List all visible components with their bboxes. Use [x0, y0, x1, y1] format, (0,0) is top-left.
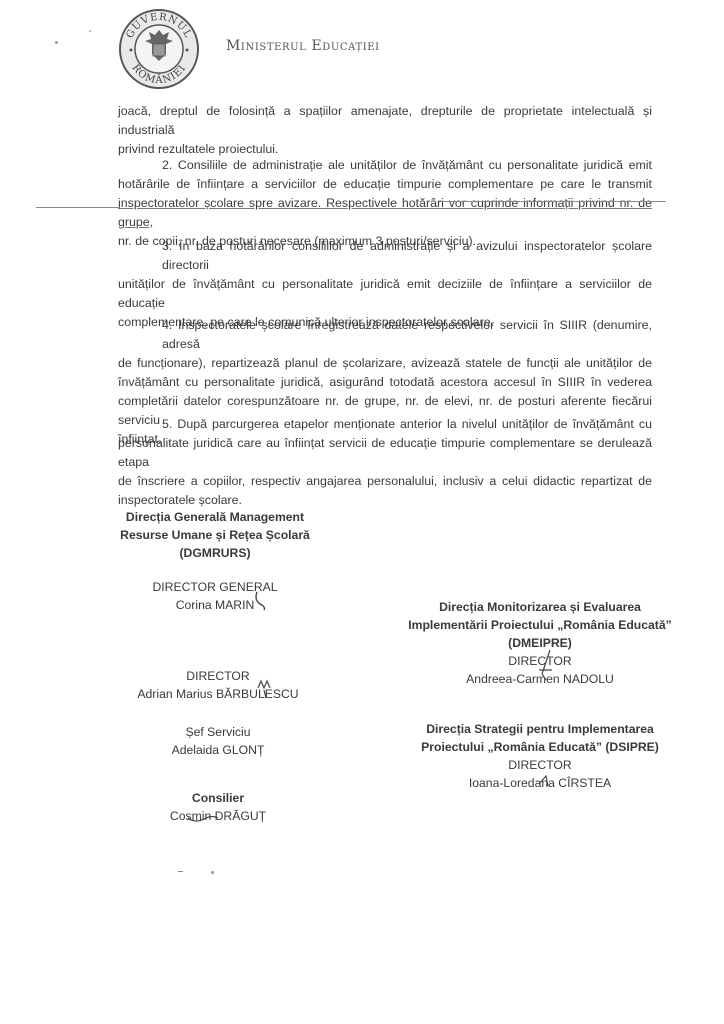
text-line: hotărârile de înființare a serviciilor d…	[118, 175, 652, 194]
department-line: Direcția Generală Management	[120, 508, 310, 526]
paragraph-5: 5. După parcurgerea etapelor menționate …	[118, 415, 652, 510]
department-line: (DGMRURS)	[120, 544, 310, 562]
government-seal-icon: GUVERNUL ROMÂNIEI	[118, 8, 200, 90]
paragraph-1-tail: joacă, dreptul de folosință a spațiilor …	[118, 102, 652, 159]
signature-scribble-icon	[252, 590, 272, 612]
scan-speck	[178, 871, 183, 872]
signatory-role: Șef Serviciu	[120, 723, 316, 741]
department-line: Proiectului „România Educată” (DSIPRE)	[398, 738, 682, 756]
signatory-name: Adelaida GLONȚ	[120, 741, 316, 759]
department-line: Resurse Umane și Rețea Școlară	[120, 526, 310, 544]
text-line: de funcționare), repartizează planul de …	[118, 354, 652, 373]
signatory-role: DIRECTOR GENERAL	[120, 578, 310, 596]
text-line: învățământ cu personalitate juridică, as…	[118, 373, 652, 392]
strike-mark-left	[36, 207, 120, 208]
text-line: unităților de învățământ cu personalitat…	[118, 275, 652, 313]
signatory-role: Consilier	[120, 789, 316, 807]
signatory-name: Adrian Marius BĂRBULESCU	[120, 685, 316, 703]
signature-scribble-icon	[536, 772, 556, 788]
scan-speck	[55, 41, 58, 44]
text-line: de înscriere a copiilor, respectiv angaj…	[118, 472, 652, 491]
text-line: 2. Consiliile de administrație ale unită…	[118, 156, 652, 175]
signatory-name: Corina MARIN	[120, 596, 310, 614]
signature-sef-serviciu: Șef Serviciu Adelaida GLONȚ	[120, 723, 316, 759]
department-line: Direcția Monitorizarea și Evaluarea	[398, 598, 682, 616]
signature-dgmrurs: Direcția Generală Management Resurse Uma…	[120, 508, 310, 614]
signature-director: DIRECTOR Adrian Marius BĂRBULESCU	[120, 667, 316, 703]
signature-scribble-icon	[256, 678, 276, 700]
signature-scribble-icon	[186, 812, 220, 824]
signature-scribble-icon	[536, 648, 556, 682]
text-line: 5. După parcurgerea etapelor menționate …	[118, 415, 652, 434]
text-line-underlined: inspectoratelor școlare spre avizare. Re…	[118, 194, 652, 232]
text-line: 3. În baza hotărârilor consiliilor de ad…	[118, 237, 652, 275]
scan-speck	[89, 30, 91, 32]
ministry-name: Ministerul Educației	[226, 38, 380, 54]
scan-speck	[211, 871, 214, 874]
department-line: Direcția Strategii pentru Implementarea	[398, 720, 682, 738]
text-line: 4. Inspectoratele școlare înregistrează …	[118, 316, 652, 354]
text-line: personalitate juridică care au înființat…	[118, 434, 652, 472]
department-line: Implementării Proiectului „România Educa…	[398, 616, 682, 634]
signatory-role: DIRECTOR	[120, 667, 316, 685]
strike-mark-right	[440, 201, 666, 202]
text-line: joacă, dreptul de folosință a spațiilor …	[118, 102, 652, 140]
